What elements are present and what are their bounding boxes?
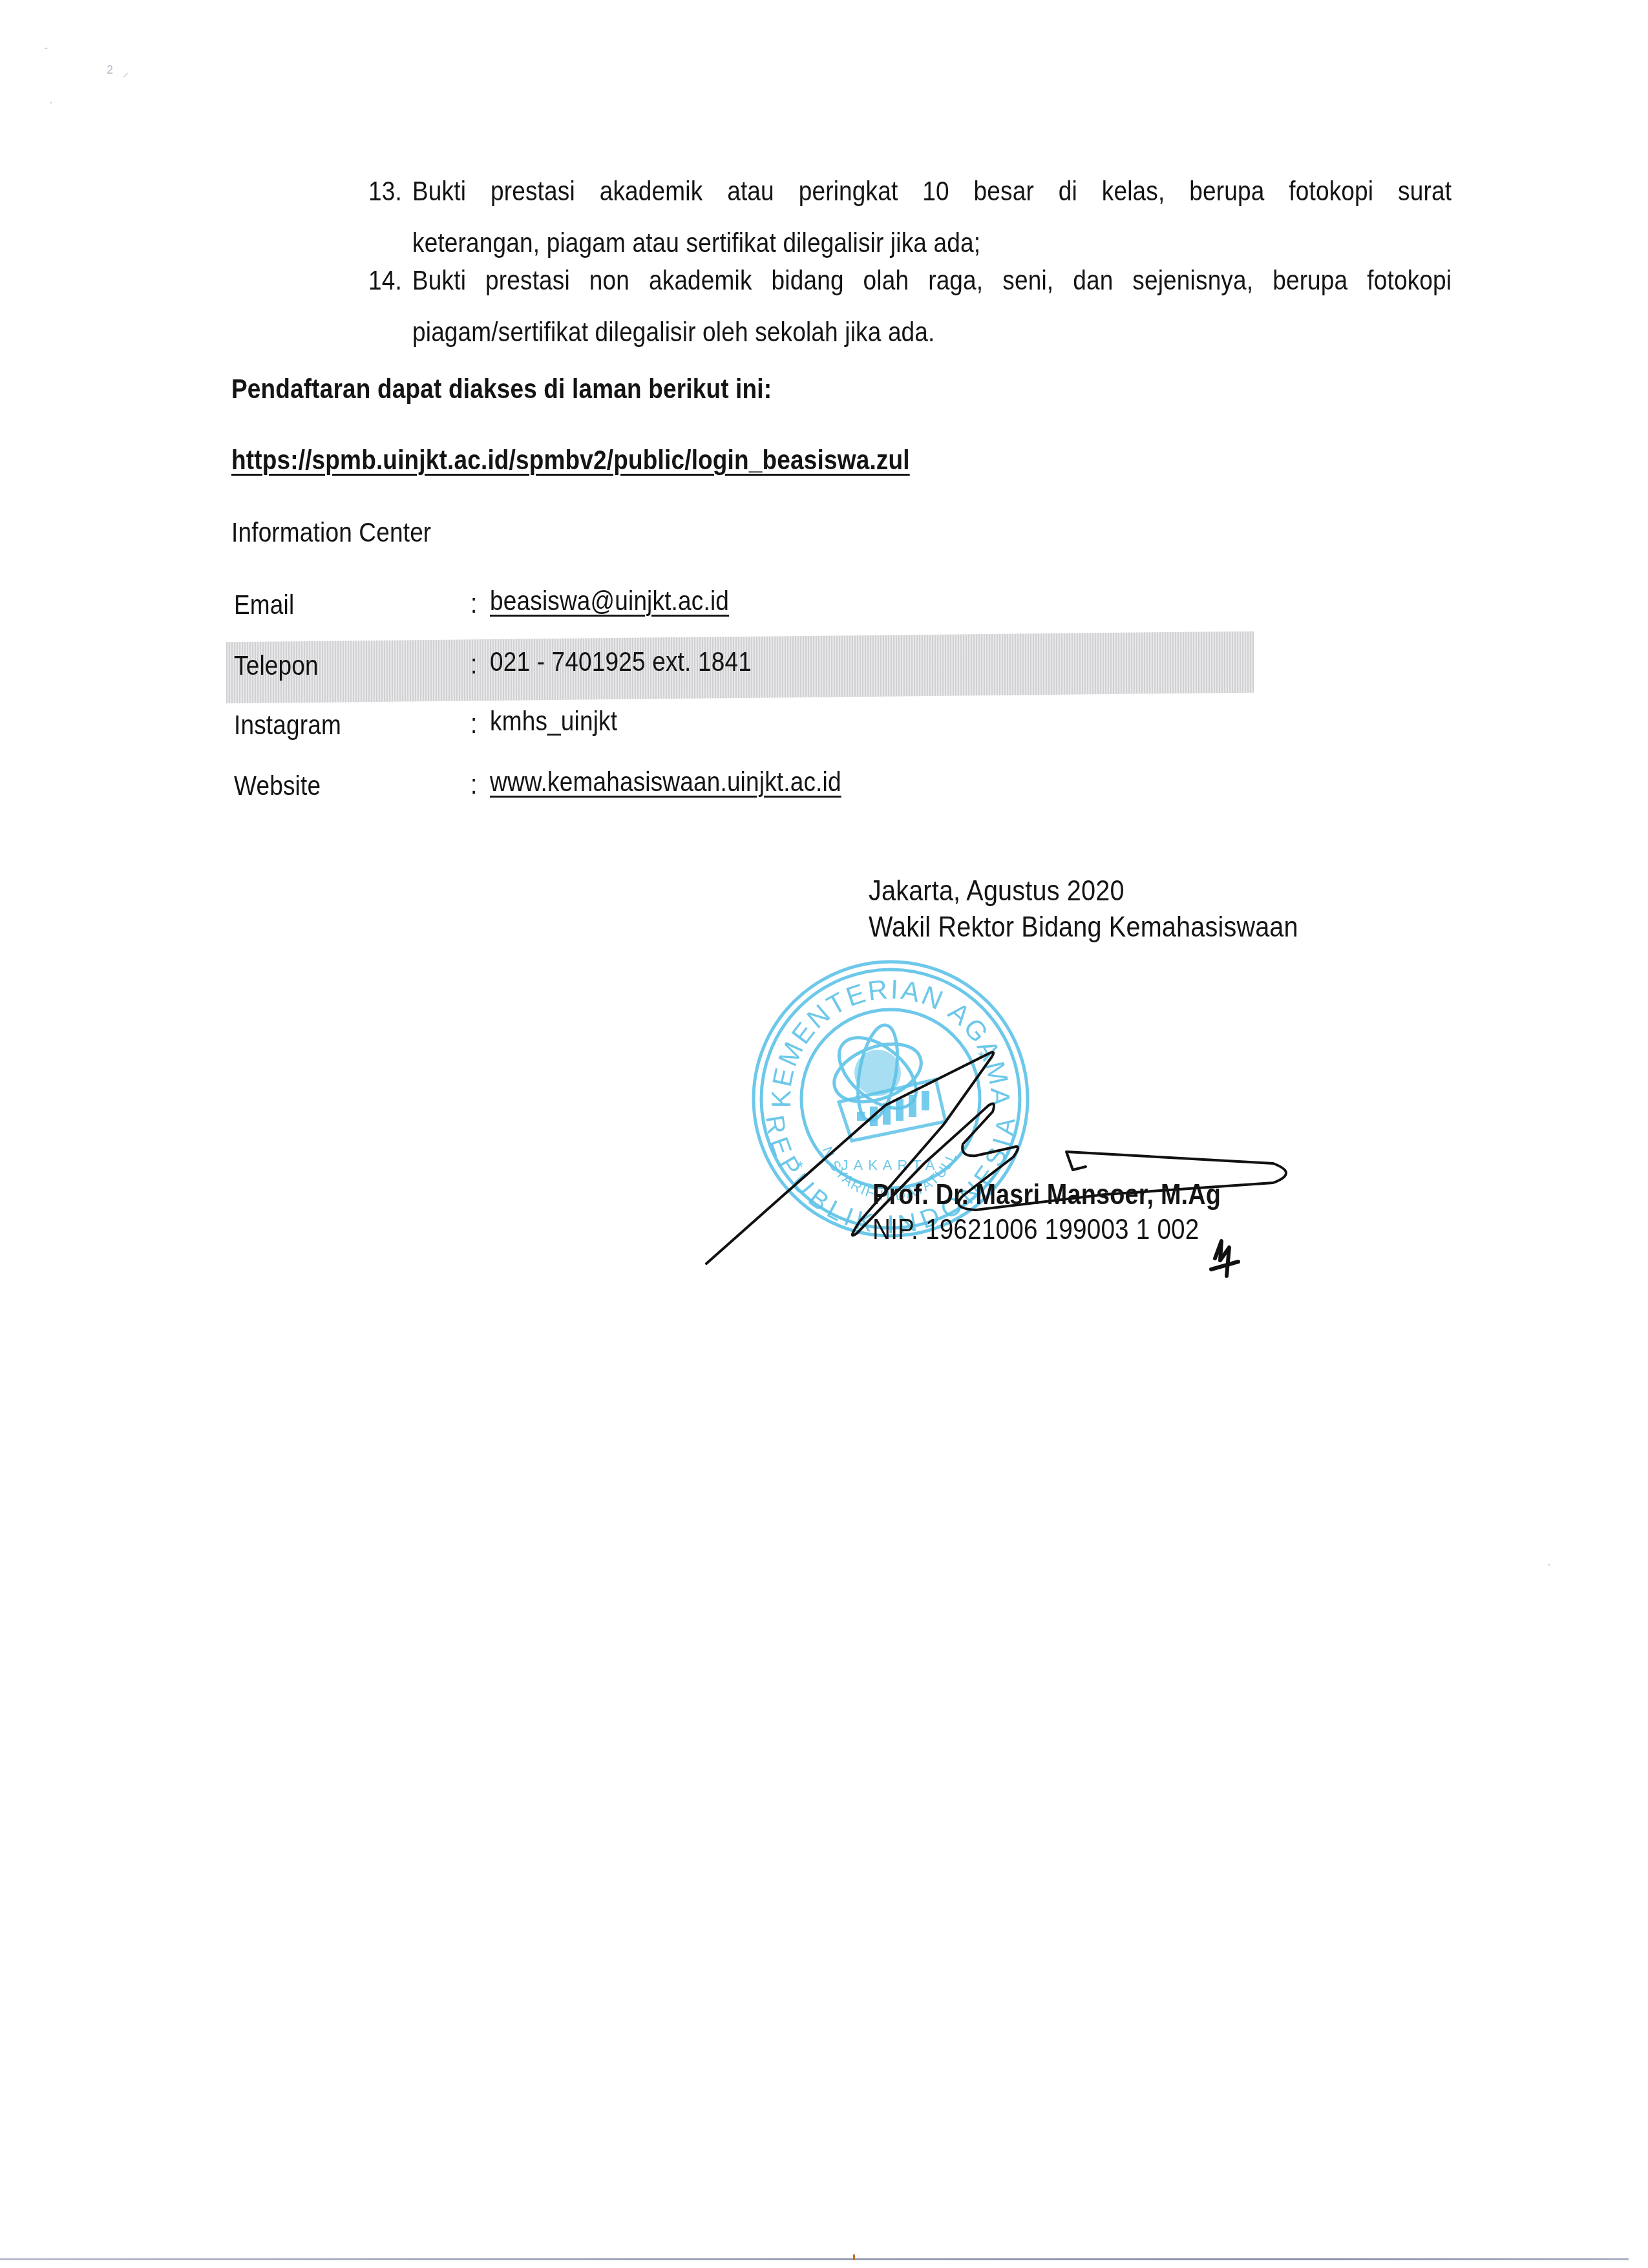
- list-item-13-line-2: keterangan, piagam atau sertifikat dileg…: [412, 228, 980, 259]
- word: prestasi: [491, 176, 575, 207]
- contact-label-website: Website: [234, 770, 321, 802]
- word: dan: [1073, 265, 1113, 297]
- word: Bukti: [412, 176, 466, 207]
- word: raga,: [928, 265, 983, 297]
- list-number-14: 14.: [368, 265, 402, 297]
- word: sejenisnya,: [1132, 265, 1253, 297]
- contact-separator: :: [470, 769, 477, 801]
- contact-label-telepon: Telepon: [234, 650, 319, 682]
- word: kelas,: [1102, 176, 1165, 207]
- contact-separator: :: [470, 708, 477, 740]
- scan-artifact: ‐: [44, 41, 48, 55]
- list-number-13: 13.: [368, 176, 402, 207]
- scan-edge-line: [0, 2258, 1629, 2260]
- list-item-14-line-1: Buktiprestasinonakademikbidangolahraga,s…: [412, 265, 1452, 297]
- scan-artifact: ·: [49, 96, 53, 109]
- contact-instagram-value: kmhs_uinjkt: [490, 706, 617, 737]
- contact-label-instagram: Instagram: [234, 710, 341, 741]
- signatory-name: Prof. Dr. Masri Mansoer, M.Ag: [872, 1179, 1221, 1211]
- signatory-position: Wakil Rektor Bidang Kemahasiswaan: [869, 911, 1298, 944]
- signatory-nip: NIP. 19621006 199003 1 002: [872, 1214, 1199, 1246]
- list-item-13-line-1: Buktiprestasiakademikatauperingkat10besa…: [412, 176, 1452, 207]
- contact-separator: :: [470, 588, 477, 620]
- word: fotokopi: [1289, 176, 1373, 207]
- word: 10: [922, 176, 949, 207]
- word: surat: [1398, 176, 1452, 207]
- registration-url-link[interactable]: https://spmb.uinjkt.ac.id/spmbv2/public/…: [231, 445, 910, 476]
- word: akademik: [649, 265, 752, 297]
- contact-separator: :: [470, 649, 477, 681]
- scan-artifact: ·: [1547, 1558, 1551, 1571]
- word: akademik: [600, 176, 703, 207]
- word: di: [1059, 176, 1077, 207]
- contact-label-email: Email: [234, 589, 294, 621]
- contact-telepon-value: 021 - 7401925 ext. 1841: [490, 646, 752, 678]
- word: besar: [974, 176, 1034, 207]
- word: berupa: [1273, 265, 1347, 297]
- word: fotokopi: [1367, 265, 1452, 297]
- word: prestasi: [485, 265, 570, 297]
- registration-heading: Pendaftaran dapat diakses di laman berik…: [231, 374, 772, 405]
- paraf-initial-icon: [1207, 1236, 1246, 1281]
- scan-artifact: ⸝: [123, 65, 129, 80]
- place-date: Jakarta, Agustus 2020: [869, 875, 1125, 907]
- scan-artifact: [853, 2254, 855, 2260]
- word: peringkat: [799, 176, 898, 207]
- contact-website-link[interactable]: www.kemahasiswaan.uinjkt.ac.id: [490, 767, 841, 798]
- contact-email-link[interactable]: beasiswa@uinjkt.ac.id: [490, 586, 729, 617]
- info-center-title: Information Center: [231, 517, 431, 549]
- word: bidang: [772, 265, 844, 297]
- word: olah: [863, 265, 909, 297]
- word: berupa: [1189, 176, 1264, 207]
- list-item-14-line-2: piagam/sertifikat dilegalisir oleh sekol…: [412, 317, 935, 348]
- word: Bukti: [412, 265, 466, 297]
- scan-artifact: 2: [107, 63, 113, 77]
- word: non: [589, 265, 629, 297]
- word: seni,: [1002, 265, 1053, 297]
- word: atau: [727, 176, 774, 207]
